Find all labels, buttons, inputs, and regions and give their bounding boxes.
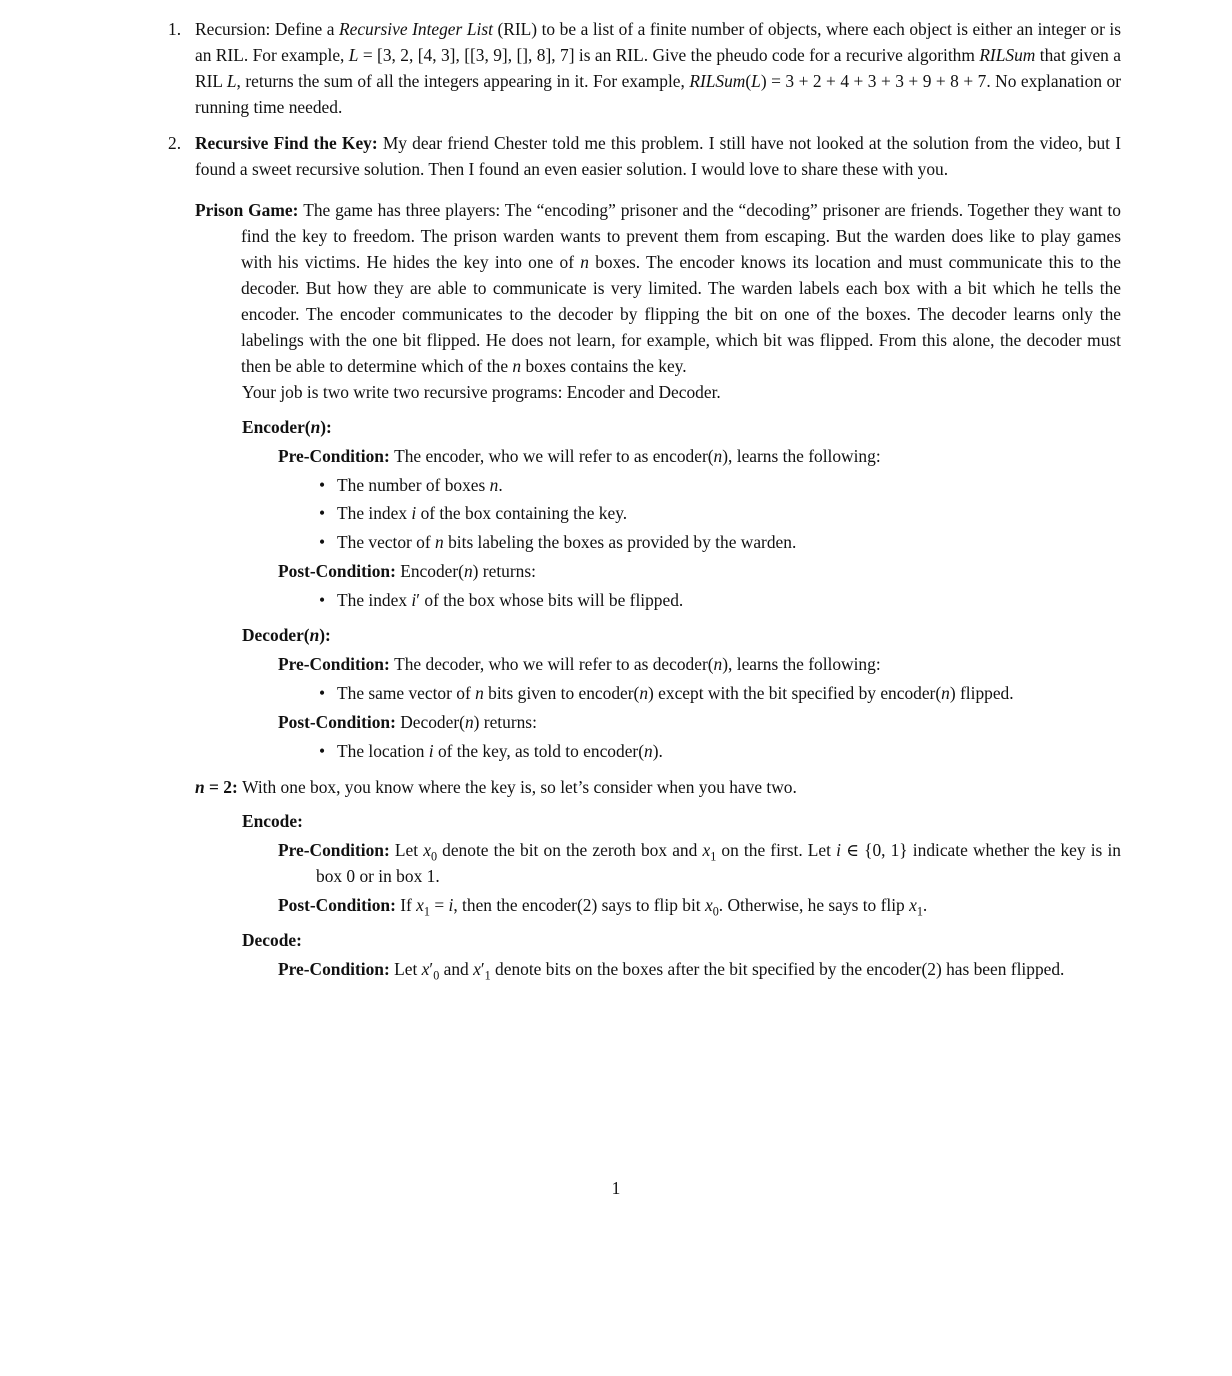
encode-pre-condition: Pre-Condition: Let x0 denote the bit on … xyxy=(278,838,1121,890)
your-job-text: Your job is two write two recursive prog… xyxy=(242,380,1121,406)
n-equals-2-paragraph: n = 2: With one box, you know where the … xyxy=(195,775,1121,801)
prison-game-body: Your job is two write two recursive prog… xyxy=(242,380,1121,765)
document-content: 1. Recursion: Define a Recursive Integer… xyxy=(168,17,1121,983)
problem-2-intro: Recursive Find the Key: My dear friend C… xyxy=(195,131,1121,183)
decoder-heading: Decoder(n): xyxy=(242,623,1121,649)
bullet-item-encoder-pre-3: The vector of n bits labeling the boxes … xyxy=(242,530,1121,556)
decode-pre-condition: Pre-Condition: Let x′0 and x′1 denote bi… xyxy=(278,957,1121,983)
bullet-item-encoder-post-1: The index i′ of the box whose bits will … xyxy=(242,588,1121,614)
bullet-item-decoder-pre-1: The same vector of n bits given to encod… xyxy=(242,681,1121,707)
page-footer: 1 xyxy=(0,1176,1232,1202)
encoder-post-condition: Post-Condition: Encoder(n) returns: xyxy=(278,559,1121,585)
problem-1-text: Recursion: Define a Recursive Integer Li… xyxy=(195,17,1121,121)
bullet-item-decoder-post-1: The location i of the key, as told to en… xyxy=(242,739,1121,765)
problem-2: 2. Recursive Find the Key: My dear frien… xyxy=(168,131,1121,983)
decoder-pre-condition: Pre-Condition: The decoder, who we will … xyxy=(278,652,1121,678)
prison-game-paragraph: Prison Game: The game has three players:… xyxy=(195,198,1121,379)
encode-heading: Encode: xyxy=(242,809,1121,835)
problem-1: 1. Recursion: Define a Recursive Integer… xyxy=(168,17,1121,121)
page-number: 1 xyxy=(612,1178,621,1198)
decoder-post-condition: Post-Condition: Decoder(n) returns: xyxy=(278,710,1121,736)
encoder-pre-condition: Pre-Condition: The encoder, who we will … xyxy=(278,444,1121,470)
decode-heading: Decode: xyxy=(242,928,1121,954)
encode-post-condition: Post-Condition: If x1 = i, then the enco… xyxy=(278,893,1121,919)
bullet-item-encoder-pre-2: The index i of the box containing the ke… xyxy=(242,501,1121,527)
document-page: 1. Recursion: Define a Recursive Integer… xyxy=(0,0,1232,1376)
problem-1-number: 1. xyxy=(168,17,195,121)
problem-2-number: 2. xyxy=(168,131,195,983)
encoder-heading: Encoder(n): xyxy=(242,415,1121,441)
n-equals-2-body: Encode: Pre-Condition: Let x0 denote the… xyxy=(242,809,1121,982)
bullet-item-encoder-pre-1: The number of boxes n. xyxy=(242,473,1121,499)
